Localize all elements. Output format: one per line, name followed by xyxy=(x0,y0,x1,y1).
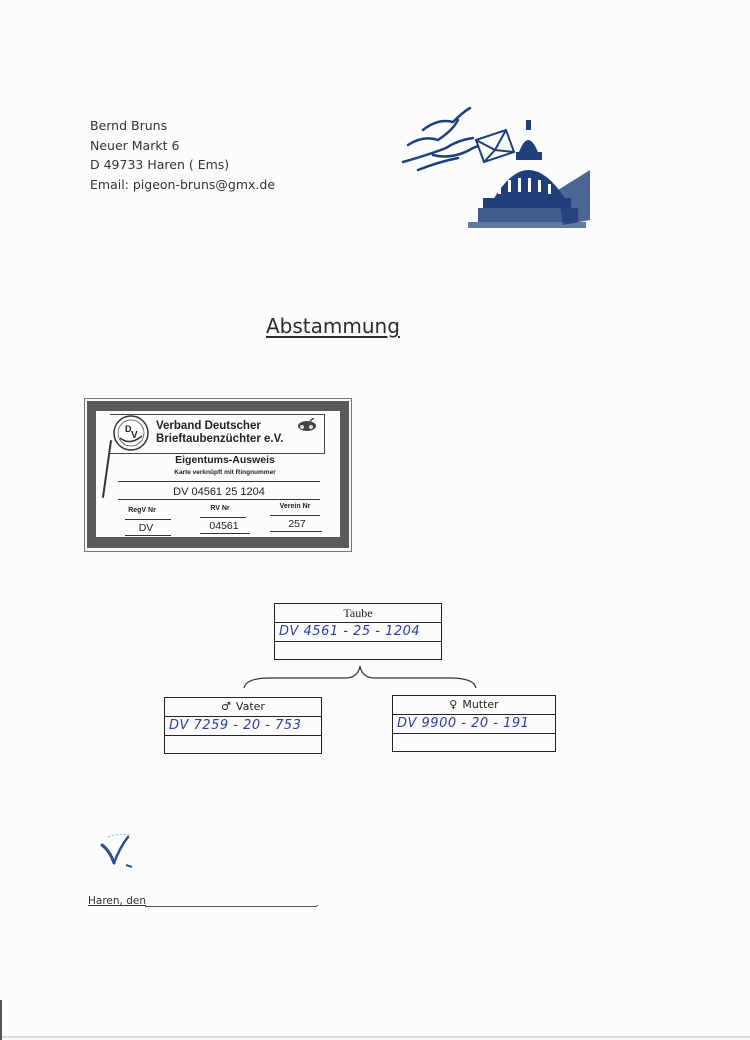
sender-name: Bernd Bruns xyxy=(90,116,275,136)
divider xyxy=(125,519,171,520)
signature-icon xyxy=(98,833,142,869)
pedigree-brace xyxy=(240,660,480,690)
divider xyxy=(270,531,322,532)
divider xyxy=(125,535,171,536)
father-blank-row xyxy=(165,736,321,753)
date-line xyxy=(145,906,317,907)
page-title: Abstammung xyxy=(266,314,400,338)
pedigree-mother-box: ♀Mutter DV 9900 - 20 - 191 xyxy=(392,695,556,752)
scan-edge xyxy=(0,1036,750,1038)
father-header: ♂Vater xyxy=(165,698,321,717)
pedigree-pigeon-box: Taube DV 4561 - 25 - 1204 xyxy=(274,603,442,660)
card-field-label: RV Nr xyxy=(198,505,242,512)
card-field-value: 04561 xyxy=(200,520,248,532)
dv-seal-icon: D V xyxy=(112,414,150,452)
father-ring-number: DV 7259 - 20 - 753 xyxy=(165,717,321,736)
divider xyxy=(118,499,320,500)
divider xyxy=(200,517,246,518)
card-field-label: RegV Nr xyxy=(120,507,164,514)
scan-edge xyxy=(0,1000,2,1040)
card-ring-number: DV 04561 25 1204 xyxy=(120,486,318,498)
card-field-value: 257 xyxy=(274,518,320,530)
mother-label: Mutter xyxy=(462,698,498,711)
male-symbol-icon: ♂ xyxy=(221,700,231,713)
pigeon-with-letter-and-dome-icon xyxy=(398,100,593,235)
sender-city: D 49733 Haren ( Ems) xyxy=(90,155,275,175)
date-line-end: . xyxy=(316,899,319,909)
mother-blank-row xyxy=(393,734,555,751)
father-label: Vater xyxy=(236,700,265,713)
mother-ring-number: DV 9900 - 20 - 191 xyxy=(393,715,555,734)
pigeon-blank-row xyxy=(275,642,441,659)
sender-email: Email: pigeon-bruns@gmx.de xyxy=(90,175,275,195)
place-date-label: Haren, den xyxy=(88,895,146,907)
card-organization: Verband Deutscher Brieftaubenzüchter e.V… xyxy=(156,420,283,446)
mother-header: ♀Mutter xyxy=(393,696,555,715)
sender-address: Bernd Bruns Neuer Markt 6 D 49733 Haren … xyxy=(90,116,275,194)
sender-street: Neuer Markt 6 xyxy=(90,136,275,156)
female-symbol-icon: ♀ xyxy=(449,698,457,711)
pedigree-father-box: ♂Vater DV 7259 - 20 - 753 xyxy=(164,697,322,754)
divider xyxy=(118,481,320,482)
card-document-title: Eigentums-Ausweis xyxy=(110,454,340,466)
card-field-value: DV xyxy=(124,522,168,534)
pigeon-ring-number: DV 4561 - 25 - 1204 xyxy=(275,623,441,642)
divider xyxy=(200,533,250,534)
pigeon-label: Taube xyxy=(275,604,441,623)
card-pigeon-icon xyxy=(296,418,318,432)
divider xyxy=(270,515,320,516)
card-field-label: Verein Nr xyxy=(270,503,320,510)
card-subtitle: Karte verknüpft mit Ringnummer xyxy=(110,469,340,476)
